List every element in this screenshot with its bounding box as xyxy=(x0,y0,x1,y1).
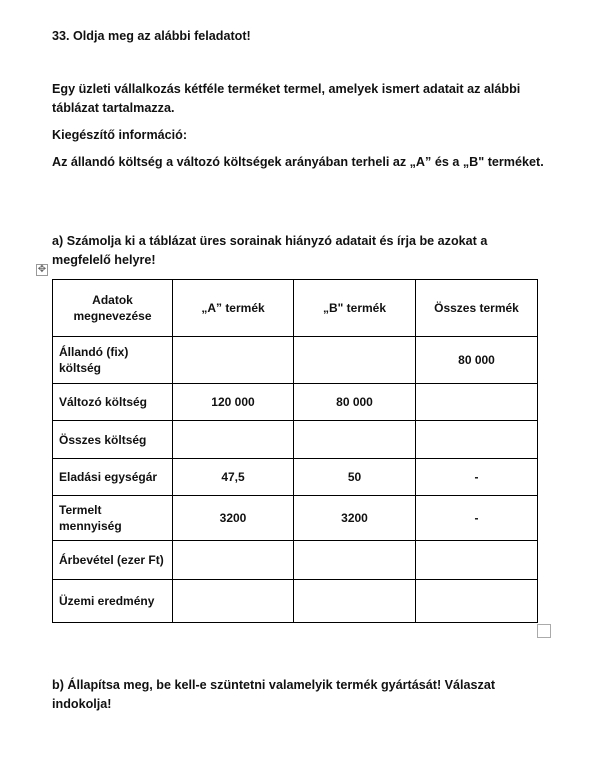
extra-info-label: Kiegészítő információ: xyxy=(52,126,187,145)
cell-a[interactable] xyxy=(173,421,294,459)
extra-info-text: Az állandó költség a változó költségek a… xyxy=(52,153,552,172)
cell-a[interactable]: 3200 xyxy=(173,496,294,541)
cell-total[interactable] xyxy=(416,384,538,421)
cell-a[interactable]: 47,5 xyxy=(173,459,294,496)
table-resize-handle[interactable] xyxy=(537,624,551,638)
cell-a[interactable] xyxy=(173,541,294,580)
cell-total[interactable]: 80 000 xyxy=(416,337,538,384)
cell-total[interactable]: - xyxy=(416,459,538,496)
table-row: Állandó (fix) költség 80 000 xyxy=(53,337,538,384)
cell-b[interactable]: 80 000 xyxy=(294,384,416,421)
header-cell-a[interactable]: „A” termék xyxy=(173,280,294,337)
row-label[interactable]: Összes költség xyxy=(53,421,173,459)
table-row: Árbevétel (ezer Ft) xyxy=(53,541,538,580)
intro-paragraph: Egy üzleti vállalkozás kétféle terméket … xyxy=(52,80,527,118)
cell-total[interactable] xyxy=(416,421,538,459)
cell-a[interactable] xyxy=(173,337,294,384)
table-row: Eladási egységár 47,5 50 - xyxy=(53,459,538,496)
cell-b[interactable]: 50 xyxy=(294,459,416,496)
task-a-text: a) Számolja ki a táblázat üres sorainak … xyxy=(52,232,537,270)
row-label[interactable]: Változó költség xyxy=(53,384,173,421)
table-row: Összes költség xyxy=(53,421,538,459)
row-label[interactable]: Üzemi eredmény xyxy=(53,580,173,623)
cell-a[interactable]: 120 000 xyxy=(173,384,294,421)
cell-total[interactable] xyxy=(416,580,538,623)
cell-b[interactable] xyxy=(294,541,416,580)
row-label[interactable]: Termelt mennyiség xyxy=(53,496,173,541)
header-cell-label[interactable]: Adatok megnevezése xyxy=(53,280,173,337)
header-cell-b[interactable]: „B" termék xyxy=(294,280,416,337)
table-row: Termelt mennyiség 3200 3200 - xyxy=(53,496,538,541)
cell-total[interactable] xyxy=(416,541,538,580)
task-b-text: b) Állapítsa meg, be kell-e szüntetni va… xyxy=(52,676,527,714)
row-label[interactable]: Eladási egységár xyxy=(53,459,173,496)
cell-b[interactable] xyxy=(294,580,416,623)
row-label[interactable]: Árbevétel (ezer Ft) xyxy=(53,541,173,580)
table-row: Változó költség 120 000 80 000 xyxy=(53,384,538,421)
table-move-handle-icon[interactable]: ✥ xyxy=(36,264,48,276)
cell-b[interactable] xyxy=(294,421,416,459)
cell-a[interactable] xyxy=(173,580,294,623)
exercise-title: 33. Oldja meg az alábbi feladatot! xyxy=(52,27,251,46)
header-cell-total[interactable]: Összes termék xyxy=(416,280,538,337)
row-label[interactable]: Állandó (fix) költség xyxy=(53,337,173,384)
table-row: Üzemi eredmény xyxy=(53,580,538,623)
cell-total[interactable]: - xyxy=(416,496,538,541)
cell-b[interactable] xyxy=(294,337,416,384)
data-table: Adatok megnevezése „A” termék „B" termék… xyxy=(52,279,538,623)
cell-b[interactable]: 3200 xyxy=(294,496,416,541)
table-header-row: Adatok megnevezése „A” termék „B" termék… xyxy=(53,280,538,337)
